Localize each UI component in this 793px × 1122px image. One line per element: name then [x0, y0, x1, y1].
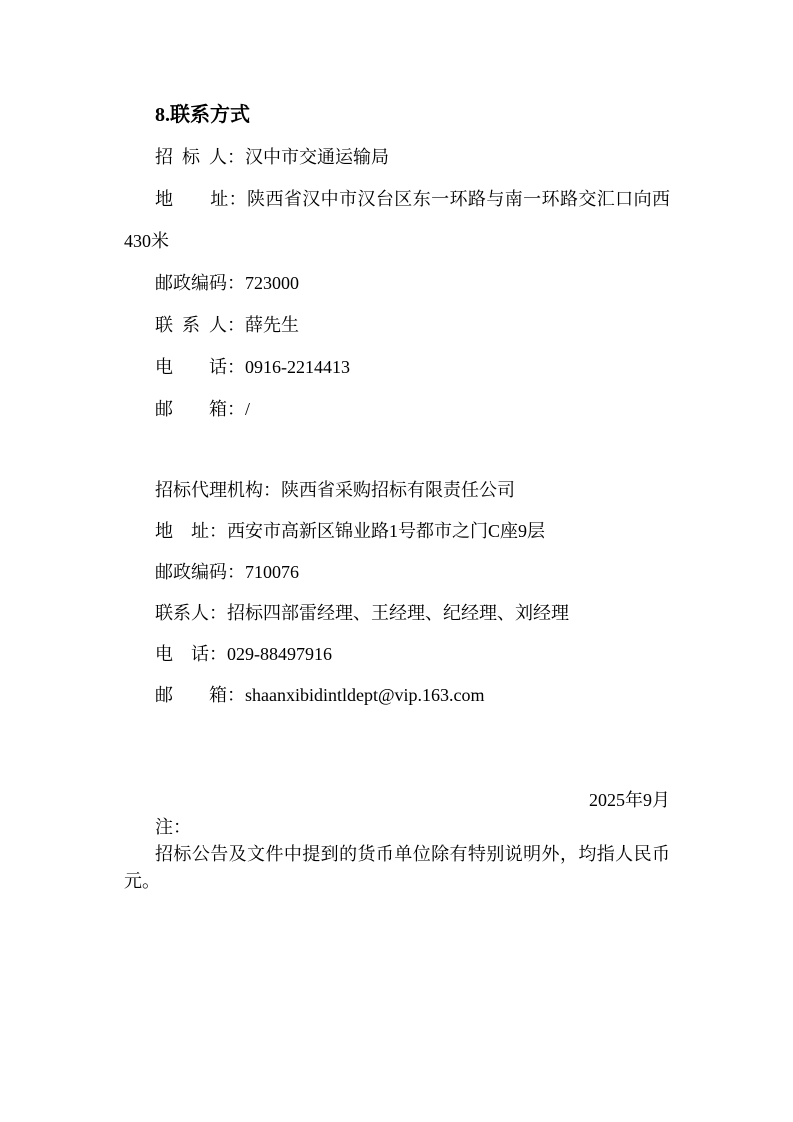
note-line-1: 招标公告及文件中提到的货币单位除有特别说明外，均指人民币 — [124, 841, 670, 868]
tenderer-address-line-1: 地 址：陕西省汉中市汉台区东一环路与南一环路交汇口向西 — [124, 178, 670, 220]
tenderer-name-line: 招 标 人：汉中市交通运输局 — [124, 136, 670, 178]
agency-contact-person-line: 联系人：招标四部雷经理、王经理、纪经理、刘经理 — [124, 593, 670, 634]
agency-name-line: 招标代理机构：陕西省采购招标有限责任公司 — [124, 470, 670, 511]
agency-email-line: 邮 箱：shaanxibidintldept@vip.163.com — [124, 675, 670, 716]
document-content: 8.联系方式 招 标 人：汉中市交通运输局 地 址：陕西省汉中市汉台区东一环路与… — [124, 94, 670, 895]
agency-contact-block: 招标代理机构：陕西省采购招标有限责任公司 地 址：西安市高新区锦业路1号都市之门… — [124, 470, 670, 716]
tenderer-address-line-2: 430米 — [124, 220, 670, 262]
tenderer-contact-block: 招 标 人：汉中市交通运输局 地 址：陕西省汉中市汉台区东一环路与南一环路交汇口… — [124, 136, 670, 430]
tenderer-contact-person-line: 联 系 人：薛先生 — [124, 304, 670, 346]
tenderer-postcode-line: 邮政编码：723000 — [124, 262, 670, 304]
tenderer-email-line: 邮 箱：/ — [124, 388, 670, 430]
document-page: 8.联系方式 招 标 人：汉中市交通运输局 地 址：陕西省汉中市汉台区东一环路与… — [0, 0, 793, 1122]
publish-date: 2025年9月 — [124, 787, 670, 814]
agency-postcode-line: 邮政编码：710076 — [124, 552, 670, 593]
note-line-2: 元。 — [124, 868, 670, 895]
agency-phone-line: 电 话：029-88497916 — [124, 634, 670, 675]
tenderer-phone-line: 电 话：0916-2214413 — [124, 346, 670, 388]
section-heading: 8.联系方式 — [124, 94, 670, 136]
agency-address-line: 地 址：西安市高新区锦业路1号都市之门C座9层 — [124, 511, 670, 552]
note-label: 注： — [124, 814, 670, 841]
note-block: 注： 招标公告及文件中提到的货币单位除有特别说明外，均指人民币 元。 — [124, 814, 670, 895]
